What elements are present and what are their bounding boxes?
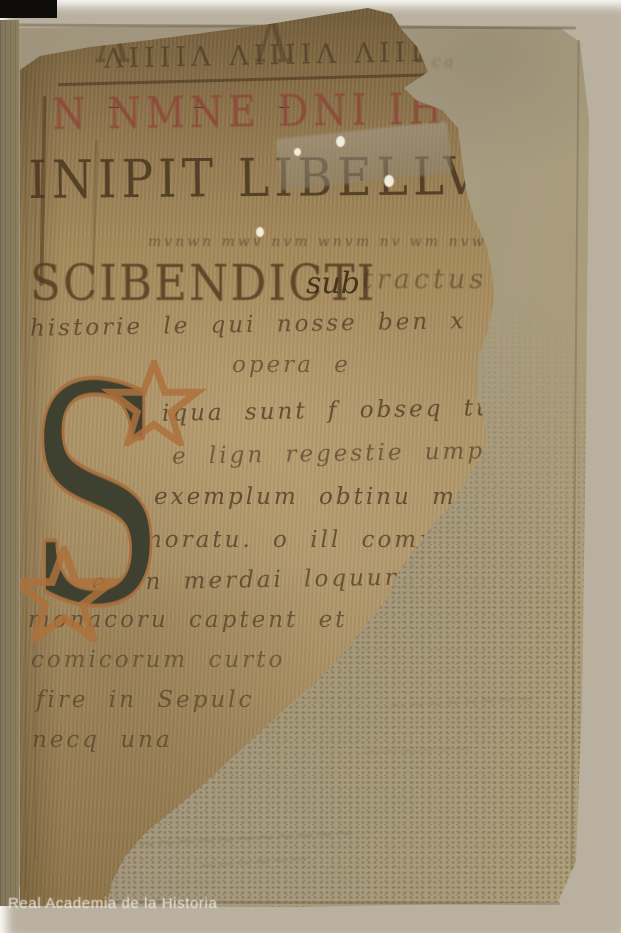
text-line: necq una: [32, 727, 173, 753]
text-line: moratu. o ill comp: [140, 527, 437, 553]
text-line: opera e: [232, 352, 351, 378]
text-line: fire in Sepulc: [36, 687, 254, 713]
parchment-hole: [336, 136, 345, 147]
text-line: e lign regestie ump: [172, 438, 485, 469]
text-line: iqua sunt f obseq tu: [162, 395, 494, 427]
parchment-hole: [384, 175, 394, 187]
manuscript-photograph: ta ca ~~~~~~~~ ~~~~~~ ~~~~~~~~~~~~ ~~~~~…: [0, 0, 621, 933]
knotwork-ornament-icon: [98, 360, 210, 446]
subtitle-minuscule: sub: [306, 266, 360, 301]
photo-black-corner: [0, 0, 57, 18]
text-line: exemplum obtinu mr: [154, 484, 471, 510]
parchment-hole: [294, 148, 301, 156]
interline-scribble: mvnwn mwv nvm wnvm nv wm nvw: [148, 234, 487, 250]
watermark: Real Academia de la Historia: [8, 895, 217, 912]
knotwork-ornament-icon: [8, 546, 120, 642]
subtitle-minuscule-faded: tractus: [362, 264, 487, 295]
parchment-hole: [256, 227, 264, 237]
